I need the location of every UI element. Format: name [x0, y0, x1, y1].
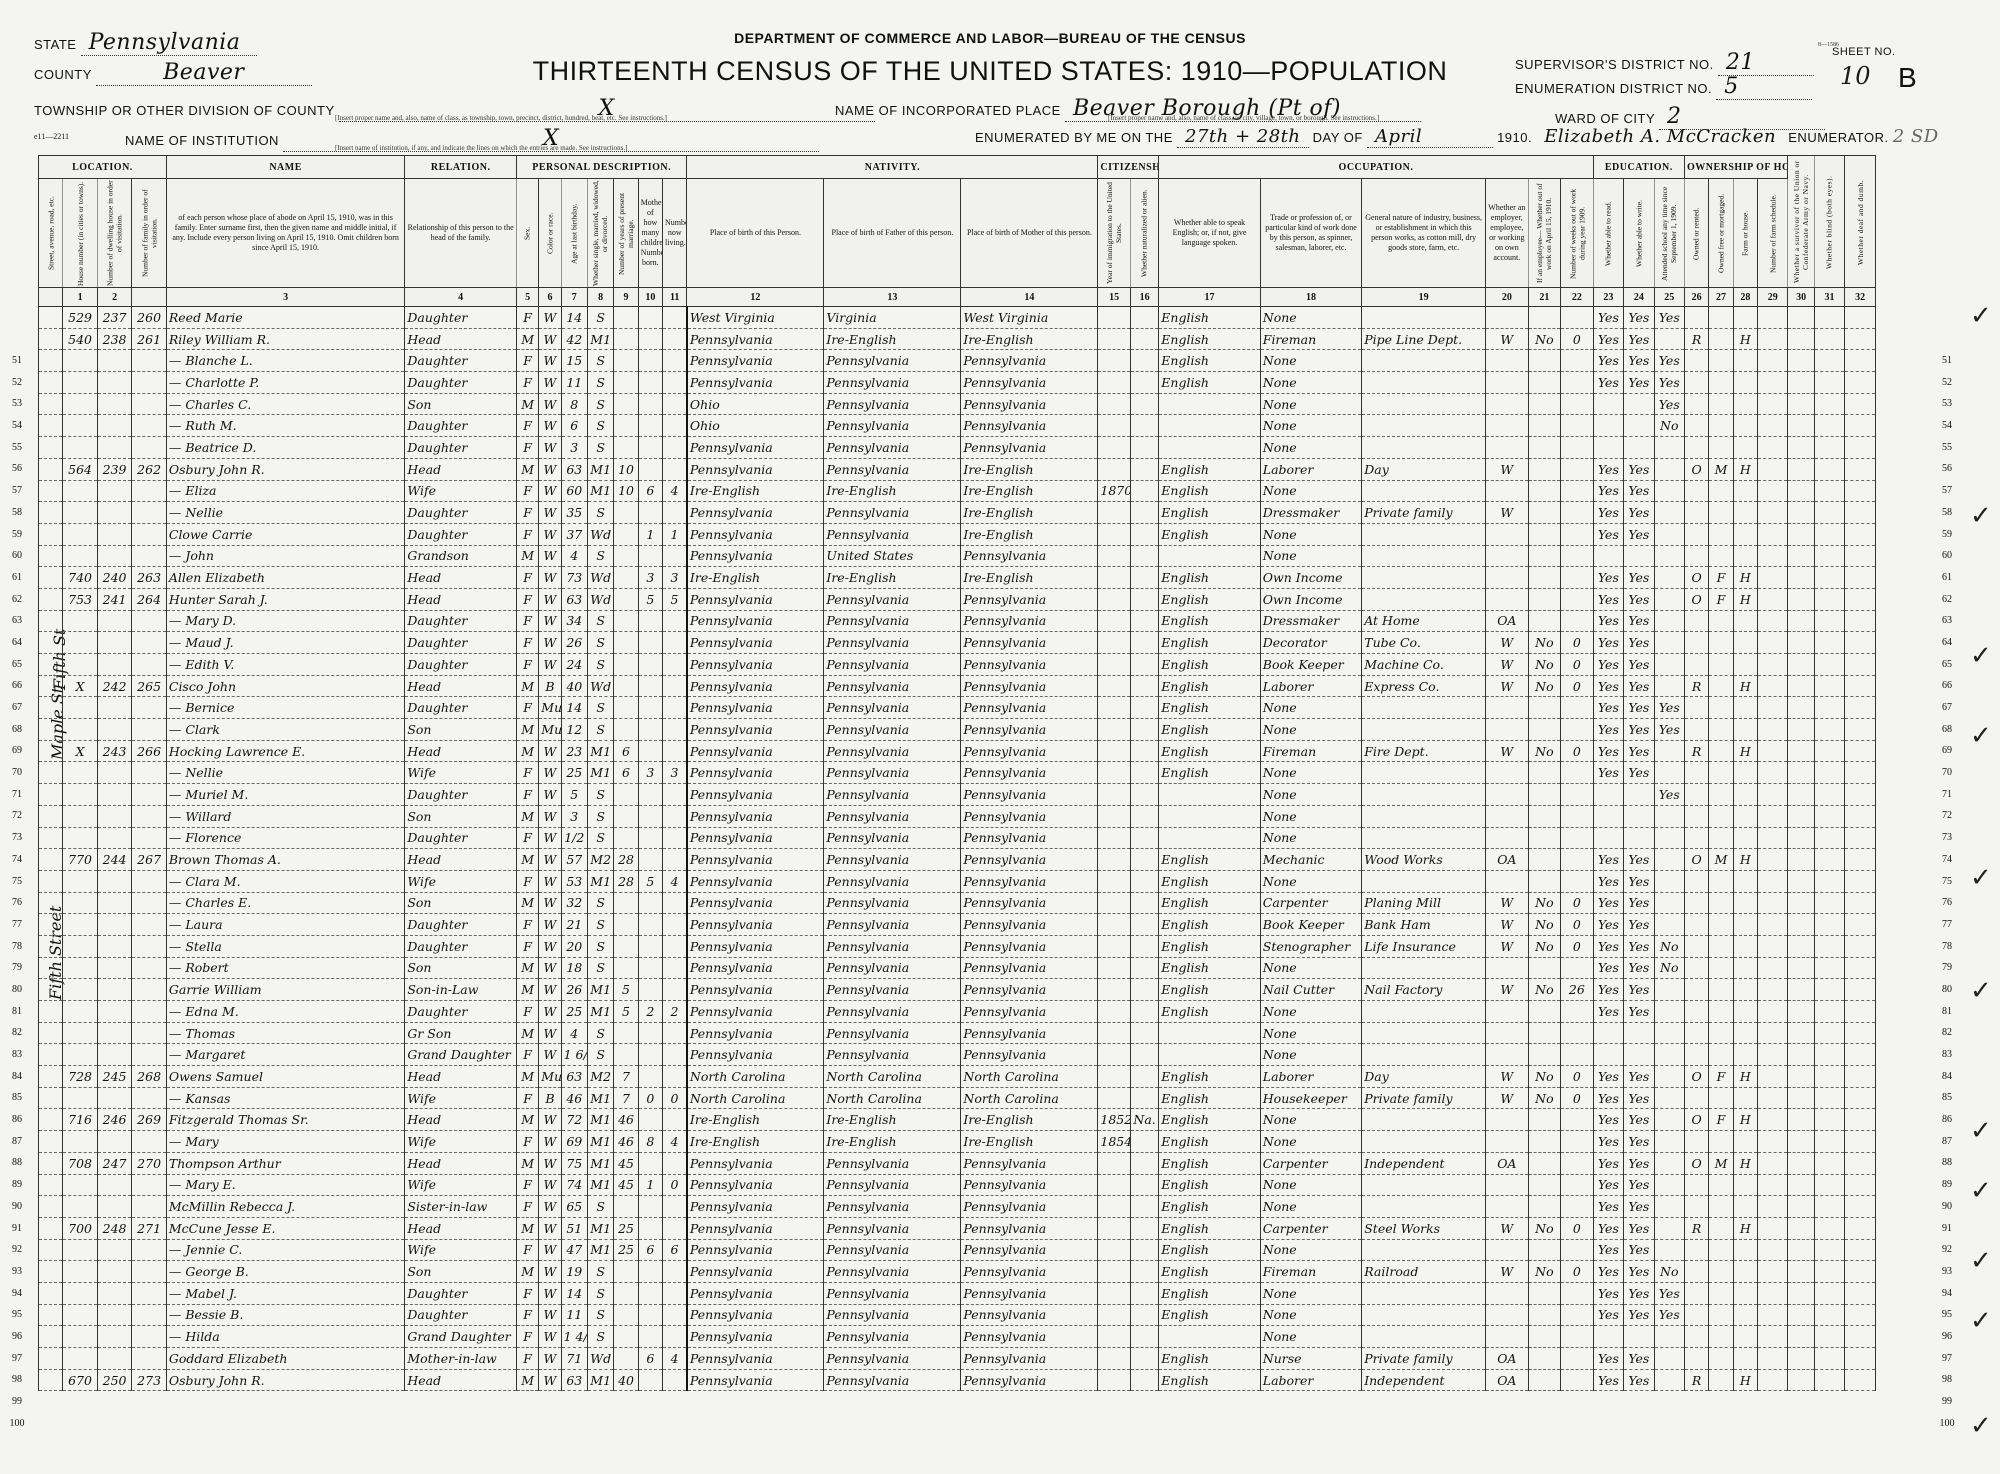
cell-relation: Grandson	[405, 545, 517, 567]
cell-mortgage	[1709, 697, 1733, 719]
cell-father-birth: Pennsylvania	[824, 892, 961, 914]
cell-name: Reed Marie	[166, 307, 404, 329]
cell-birth: Pennsylvania	[687, 1369, 824, 1391]
cell-relation: Daughter	[405, 350, 517, 372]
column-number: 27	[1709, 288, 1733, 307]
cell-industry: Independent	[1362, 1152, 1486, 1174]
census-sheet: State Pennsylvania County Beaver Townshi…	[0, 0, 2000, 1474]
cell-dwelling	[97, 523, 132, 545]
column-header: Number of family in order of visitation.	[132, 179, 167, 288]
cell-out-work	[1528, 307, 1560, 329]
cell-trade: Carpenter	[1260, 1217, 1361, 1239]
column-header: Whether able to speak English; or, if no…	[1159, 179, 1260, 288]
cell-living: 3	[663, 567, 687, 589]
cell-farm-house	[1733, 805, 1757, 827]
cell-relation: Head	[405, 1217, 517, 1239]
cell-immig	[1098, 328, 1130, 350]
cell-sex: F	[516, 762, 538, 784]
cell-farm-house	[1733, 1044, 1757, 1066]
cell-read	[1593, 393, 1623, 415]
cell-yrs-married	[614, 1326, 638, 1348]
line-number: 81	[1930, 1001, 1964, 1023]
cell-yrs-married	[614, 827, 638, 849]
cell-born	[638, 307, 662, 329]
cell-out-work	[1528, 1174, 1560, 1196]
cell-trade: None	[1260, 307, 1361, 329]
cell-street	[39, 697, 63, 719]
cell-owned	[1684, 1282, 1708, 1304]
cell-write: Yes	[1624, 328, 1654, 350]
cell-dwelling: 245	[97, 1066, 132, 1088]
cell-trade: None	[1260, 545, 1361, 567]
cell-farm-house	[1733, 307, 1757, 329]
table-row: — FlorenceDaughterFW1/2SPennsylvaniaPenn…	[39, 827, 1876, 849]
cell-class: W	[1486, 914, 1529, 936]
cell-street	[39, 372, 63, 394]
cell-house	[63, 1174, 98, 1196]
cell-relation: Daughter	[405, 610, 517, 632]
line-number: 82	[1930, 1022, 1964, 1044]
line-number: 58	[1930, 502, 1964, 524]
cell-born	[638, 372, 662, 394]
cell-industry	[1362, 567, 1486, 589]
cell-weeks-out	[1561, 437, 1594, 459]
cell-race: W	[539, 1022, 561, 1044]
line-number: 53	[0, 393, 34, 415]
column-number: 8	[587, 288, 613, 307]
cell-deaf	[1845, 1304, 1876, 1326]
cell-family	[132, 632, 167, 654]
cell-age: 32	[561, 892, 587, 914]
cell-industry	[1362, 372, 1486, 394]
cell-industry	[1362, 307, 1486, 329]
table-row: — Charles C.SonMW8SOhioPennsylvaniaPenns…	[39, 393, 1876, 415]
cell-trade: None	[1260, 1044, 1361, 1066]
cell-trade: None	[1260, 415, 1361, 437]
cell-race: W	[539, 567, 561, 589]
cell-mother-birth: Pennsylvania	[961, 719, 1098, 741]
cell-birth: Pennsylvania	[687, 979, 824, 1001]
cell-family: 273	[132, 1369, 167, 1391]
cell-age: 12	[561, 719, 587, 741]
column-header: Whether single, married, widowed, or div…	[587, 179, 613, 288]
cell-blind	[1814, 1022, 1844, 1044]
cell-out-work: No	[1528, 1066, 1560, 1088]
cell-immig: 1852	[1098, 1109, 1130, 1131]
cell-relation: Wife	[405, 1174, 517, 1196]
cell-street	[39, 1087, 63, 1109]
cell-born	[638, 740, 662, 762]
cell-trade: Fireman	[1260, 740, 1361, 762]
cell-deaf	[1845, 1087, 1876, 1109]
cell-class: W	[1486, 675, 1529, 697]
cell-school	[1654, 1087, 1684, 1109]
cell-immig	[1098, 870, 1130, 892]
cell-sex: M	[516, 892, 538, 914]
line-number: 51	[0, 350, 34, 372]
cell-blind	[1814, 1239, 1844, 1261]
cell-family	[132, 1261, 167, 1283]
cell-sex: F	[516, 307, 538, 329]
cell-write	[1624, 1326, 1654, 1348]
cell-owned	[1684, 350, 1708, 372]
cell-blind	[1814, 697, 1844, 719]
cell-survivor	[1788, 719, 1814, 741]
cell-race: B	[539, 675, 561, 697]
cell-house	[63, 935, 98, 957]
cell-class	[1486, 827, 1529, 849]
cell-read: Yes	[1593, 654, 1623, 676]
cell-name: Thompson Arthur	[166, 1152, 404, 1174]
cell-race: W	[539, 1044, 561, 1066]
line-number: 79	[1930, 957, 1964, 979]
cell-race: W	[539, 979, 561, 1001]
cell-father-birth: Pennsylvania	[824, 1152, 961, 1174]
cell-name: — Clara M.	[166, 870, 404, 892]
cell-school	[1654, 849, 1684, 871]
cell-sex: M	[516, 740, 538, 762]
cell-sex: F	[516, 1087, 538, 1109]
cell-industry	[1362, 1174, 1486, 1196]
cell-street	[39, 740, 63, 762]
cell-marital: M1	[587, 1369, 613, 1391]
cell-immig	[1098, 307, 1130, 329]
line-number: 71	[1930, 784, 1964, 806]
cell-mortgage: F	[1709, 567, 1733, 589]
cell-english	[1159, 545, 1260, 567]
cell-family	[132, 1196, 167, 1218]
column-header: Owned free or mortgaged.	[1709, 179, 1733, 288]
cell-living	[663, 393, 687, 415]
cell-house	[63, 1282, 98, 1304]
township-label: Township or other division of county	[34, 103, 334, 118]
line-number: 69	[0, 740, 34, 762]
cell-mortgage	[1709, 675, 1733, 697]
cell-industry	[1362, 437, 1486, 459]
cell-dwelling: 241	[97, 588, 132, 610]
cell-farm-no	[1758, 480, 1788, 502]
cell-yrs-married	[614, 307, 638, 329]
line-number: 54	[1930, 415, 1964, 437]
cell-survivor	[1788, 675, 1814, 697]
cell-street	[39, 654, 63, 676]
cell-yrs-married	[614, 892, 638, 914]
cell-house: 708	[63, 1152, 98, 1174]
cell-farm-house: H	[1733, 567, 1757, 589]
cell-farm-house	[1733, 697, 1757, 719]
cell-dwelling	[97, 1326, 132, 1348]
cell-yrs-married: 46	[614, 1109, 638, 1131]
cell-immig	[1098, 784, 1130, 806]
cell-relation: Daughter	[405, 437, 517, 459]
cell-name: — Charles C.	[166, 393, 404, 415]
line-number: 59	[0, 524, 34, 546]
cell-industry	[1362, 784, 1486, 806]
cell-mortgage	[1709, 632, 1733, 654]
cell-dwelling	[97, 1261, 132, 1283]
line-number: 96	[1930, 1326, 1964, 1348]
cell-born	[638, 502, 662, 524]
cell-deaf	[1845, 437, 1876, 459]
table-row: — Mary E.WifeFW74M14510PennsylvaniaPenns…	[39, 1174, 1876, 1196]
cell-read: Yes	[1593, 588, 1623, 610]
cell-natur	[1130, 675, 1158, 697]
cell-trade: None	[1260, 350, 1361, 372]
column-number: 10	[638, 288, 662, 307]
county-label: County	[34, 67, 92, 82]
cell-sex: F	[516, 1044, 538, 1066]
cell-industry	[1362, 805, 1486, 827]
column-number: 4	[405, 288, 517, 307]
cell-owned	[1684, 892, 1708, 914]
cell-deaf	[1845, 654, 1876, 676]
cell-name: — Blanche L.	[166, 350, 404, 372]
cell-deaf	[1845, 827, 1876, 849]
cell-school	[1654, 1152, 1684, 1174]
cell-out-work	[1528, 1369, 1560, 1391]
column-header: Mother of how many children. Number born…	[638, 179, 662, 288]
cell-sex: F	[516, 784, 538, 806]
cell-school	[1654, 1066, 1684, 1088]
cell-school: No	[1654, 1261, 1684, 1283]
cell-farm-house	[1733, 784, 1757, 806]
cell-father-birth: Pennsylvania	[824, 1174, 961, 1196]
cell-natur	[1130, 393, 1158, 415]
cell-survivor	[1788, 1174, 1814, 1196]
cell-owned: R	[1684, 1217, 1708, 1239]
cell-relation: Daughter	[405, 914, 517, 936]
line-number: 70	[1930, 762, 1964, 784]
cell-weeks-out	[1561, 502, 1594, 524]
line-number: 68	[0, 719, 34, 741]
section-ownership: OWNERSHIP OF HOME.	[1684, 156, 1787, 179]
cell-family	[132, 697, 167, 719]
cell-out-work	[1528, 1109, 1560, 1131]
cell-yrs-married: 10	[614, 458, 638, 480]
cell-mother-birth: Pennsylvania	[961, 914, 1098, 936]
cell-natur	[1130, 610, 1158, 632]
cell-natur	[1130, 328, 1158, 350]
cell-mortgage	[1709, 957, 1733, 979]
cell-age: 63	[561, 1066, 587, 1088]
cell-marital: M1	[587, 1109, 613, 1131]
cell-blind	[1814, 805, 1844, 827]
cell-write	[1624, 393, 1654, 415]
cell-school: No	[1654, 415, 1684, 437]
cell-father-birth: Pennsylvania	[824, 502, 961, 524]
cell-blind	[1814, 523, 1844, 545]
cell-living	[663, 914, 687, 936]
cell-marital: S	[587, 1261, 613, 1283]
cell-natur	[1130, 1196, 1158, 1218]
cell-weeks-out: 0	[1561, 1217, 1594, 1239]
cell-street	[39, 1152, 63, 1174]
cell-family	[132, 957, 167, 979]
cell-sex: F	[516, 1304, 538, 1326]
cell-living: 4	[663, 870, 687, 892]
cell-marital: M2	[587, 849, 613, 871]
cell-farm-no	[1758, 1001, 1788, 1023]
cell-school	[1654, 502, 1684, 524]
column-header: Street, avenue, road, etc.	[39, 179, 63, 288]
cell-deaf	[1845, 1131, 1876, 1153]
cell-owned: R	[1684, 1369, 1708, 1391]
column-number: 17	[1159, 288, 1260, 307]
cell-natur	[1130, 1217, 1158, 1239]
cell-weeks-out	[1561, 719, 1594, 741]
cell-mother-birth: Pennsylvania	[961, 1369, 1098, 1391]
cell-weeks-out	[1561, 762, 1594, 784]
cell-relation: Head	[405, 1152, 517, 1174]
enumerated-days: 27th + 28th	[1177, 126, 1309, 148]
line-number: 86	[0, 1109, 34, 1131]
cell-name: — Ruth M.	[166, 415, 404, 437]
cell-farm-no	[1758, 393, 1788, 415]
cell-blind	[1814, 350, 1844, 372]
cell-farm-no	[1758, 567, 1788, 589]
cell-dwelling	[97, 1001, 132, 1023]
cell-immig	[1098, 719, 1130, 741]
cell-school	[1654, 545, 1684, 567]
cell-house	[63, 784, 98, 806]
cell-industry: Machine Co.	[1362, 654, 1486, 676]
cell-mother-birth: Pennsylvania	[961, 762, 1098, 784]
cell-street	[39, 1239, 63, 1261]
cell-owned: O	[1684, 588, 1708, 610]
cell-birth: Pennsylvania	[687, 719, 824, 741]
cell-dwelling: 242	[97, 675, 132, 697]
cell-deaf	[1845, 328, 1876, 350]
cell-dwelling	[97, 1022, 132, 1044]
cell-age: 71	[561, 1348, 587, 1370]
sheet-side: B	[1898, 62, 1917, 94]
table-row: — Jennie C.WifeFW47M12566PennsylvaniaPen…	[39, 1239, 1876, 1261]
section-citizenship: CITIZENSHIP.	[1098, 156, 1159, 179]
cell-immig	[1098, 350, 1130, 372]
cell-immig	[1098, 1348, 1130, 1370]
cell-english: English	[1159, 632, 1260, 654]
line-number: 94	[1930, 1283, 1964, 1305]
cell-deaf	[1845, 588, 1876, 610]
cell-industry	[1362, 1109, 1486, 1131]
cell-industry	[1362, 719, 1486, 741]
cell-write	[1624, 805, 1654, 827]
cell-mother-birth: Pennsylvania	[961, 805, 1098, 827]
cell-race: W	[539, 1174, 561, 1196]
cell-farm-house	[1733, 957, 1757, 979]
column-number: 1	[63, 288, 98, 307]
cell-write	[1624, 1022, 1654, 1044]
cell-natur	[1130, 719, 1158, 741]
line-number: 87	[0, 1131, 34, 1153]
cell-birth: Pennsylvania	[687, 1001, 824, 1023]
line-number: 100	[0, 1413, 34, 1435]
table-row: 700248271McCune Jesse E.HeadMW51M125Penn…	[39, 1217, 1876, 1239]
cell-class: W	[1486, 654, 1529, 676]
cell-weeks-out	[1561, 523, 1594, 545]
cell-father-birth: Pennsylvania	[824, 372, 961, 394]
cell-read: Yes	[1593, 1369, 1623, 1391]
table-row: — Maud J.DaughterFW26SPennsylvaniaPennsy…	[39, 632, 1876, 654]
cell-out-work	[1528, 1001, 1560, 1023]
cell-sex: M	[516, 849, 538, 871]
cell-english	[1159, 1022, 1260, 1044]
cell-weeks-out: 0	[1561, 1087, 1594, 1109]
cell-farm-house	[1733, 827, 1757, 849]
cell-deaf	[1845, 870, 1876, 892]
cell-immig	[1098, 1282, 1130, 1304]
cell-class	[1486, 393, 1529, 415]
cell-living	[663, 957, 687, 979]
cell-house	[63, 654, 98, 676]
cell-mother-birth: North Carolina	[961, 1087, 1098, 1109]
cell-race: W	[539, 762, 561, 784]
cell-marital: M2	[587, 1066, 613, 1088]
cell-living	[663, 1282, 687, 1304]
cell-survivor	[1788, 480, 1814, 502]
line-number: 77	[1930, 914, 1964, 936]
cell-mother-birth: Pennsylvania	[961, 1304, 1098, 1326]
table-row: 529237260Reed MarieDaughterFW14SWest Vir…	[39, 307, 1876, 329]
cell-born	[638, 437, 662, 459]
cell-birth: Ire-English	[687, 1131, 824, 1153]
cell-street	[39, 415, 63, 437]
cell-read: Yes	[1593, 480, 1623, 502]
table-row: Garrie WilliamSon-in-LawMW26M15Pennsylva…	[39, 979, 1876, 1001]
cell-father-birth: Pennsylvania	[824, 523, 961, 545]
column-header: Number of dwelling house in order of vis…	[97, 179, 132, 288]
cell-trade: Fireman	[1260, 328, 1361, 350]
cell-farm-no	[1758, 892, 1788, 914]
enumerator-label: Enumerator.	[1788, 130, 1888, 145]
cell-yrs-married	[614, 1044, 638, 1066]
cell-natur	[1130, 654, 1158, 676]
cell-name: — Bessie B.	[166, 1304, 404, 1326]
cell-natur	[1130, 1022, 1158, 1044]
table-row: — Charlotte P.DaughterFW11SPennsylvaniaP…	[39, 372, 1876, 394]
column-number: 19	[1362, 288, 1486, 307]
cell-farm-house	[1733, 979, 1757, 1001]
cell-school	[1654, 1022, 1684, 1044]
cell-trade: None	[1260, 719, 1361, 741]
cell-living	[663, 415, 687, 437]
cell-born: 6	[638, 480, 662, 502]
cell-mortgage	[1709, 827, 1733, 849]
cell-write: Yes	[1624, 935, 1654, 957]
cell-living	[663, 328, 687, 350]
cell-living: 4	[663, 1131, 687, 1153]
cell-farm-house	[1733, 1174, 1757, 1196]
cell-yrs-married: 7	[614, 1066, 638, 1088]
cell-mortgage	[1709, 1174, 1733, 1196]
cell-weeks-out: 0	[1561, 892, 1594, 914]
line-number: 51	[1930, 350, 1964, 372]
cell-industry	[1362, 588, 1486, 610]
cell-deaf	[1845, 1152, 1876, 1174]
cell-marital: S	[587, 502, 613, 524]
cell-deaf	[1845, 892, 1876, 914]
cell-natur	[1130, 1348, 1158, 1370]
column-header: Attended school any time since September…	[1654, 179, 1684, 288]
cell-read: Yes	[1593, 979, 1623, 1001]
cell-father-birth: Pennsylvania	[824, 393, 961, 415]
cell-name: — Charles E.	[166, 892, 404, 914]
cell-family	[132, 892, 167, 914]
column-number: 24	[1624, 288, 1654, 307]
cell-born	[638, 827, 662, 849]
cell-read: Yes	[1593, 523, 1623, 545]
cell-age: 5	[561, 784, 587, 806]
